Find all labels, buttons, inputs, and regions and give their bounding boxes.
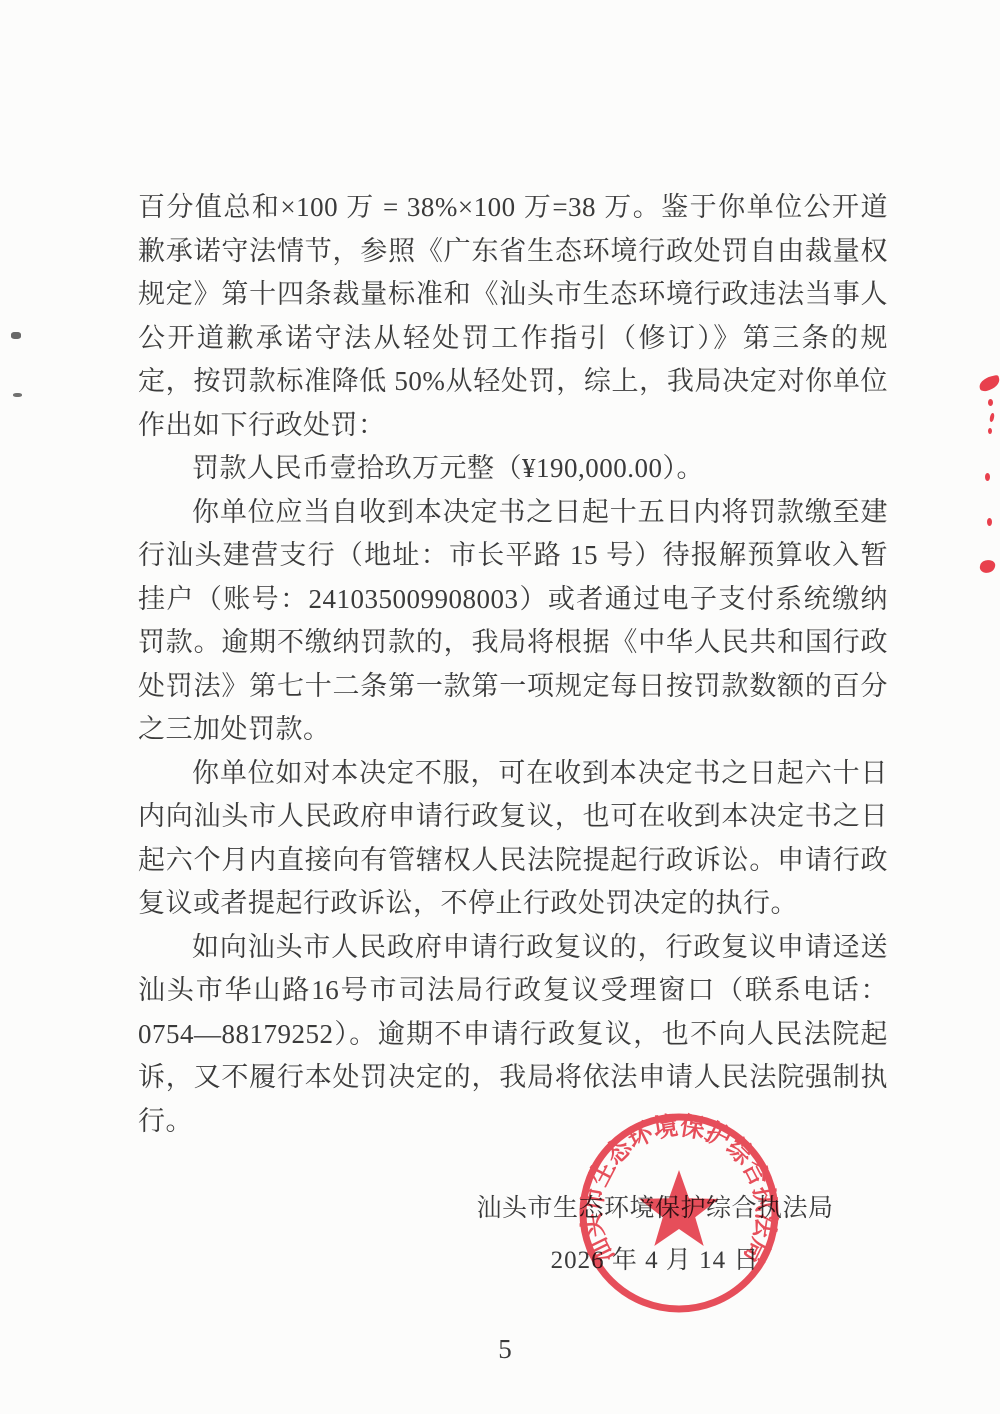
seal-bleed-mark <box>979 559 996 574</box>
seal-bleed-mark <box>988 399 993 406</box>
scan-speck <box>11 332 21 339</box>
issue-date: 2026 年 4 月 14 日 <box>455 1240 855 1276</box>
seal-bleed-mark <box>989 413 995 423</box>
scan-speck <box>13 393 22 397</box>
page-number: 5 <box>460 1334 550 1365</box>
seal-bleed-mark <box>988 428 992 434</box>
scanned-document-page: { "document": { "paragraphs": [ { "text"… <box>0 0 1000 1414</box>
paragraph-fine-amount: 罚款人民币壹拾玖万元整（¥190,000.00）。 <box>138 447 888 491</box>
seal-bleed-mark <box>987 518 992 526</box>
seal-bleed-mark <box>978 375 1000 393</box>
seal-bleed-mark <box>985 473 990 481</box>
paragraph-enforcement-notice: 如向汕头市人民政府申请行政复议的，行政复议申请迳送汕头市华山路16号市司法局行政… <box>138 926 888 1144</box>
paragraph-appeal-rights: 你单位如对本决定不服，可在收到本决定书之日起六十日内向汕头市人民政府申请行政复议… <box>138 752 888 926</box>
paragraph-penalty-calculation: 百分值总和×100 万 = 38%×100 万=38 万。鉴于你单位公开道歉承诺… <box>138 186 888 447</box>
document-body-text: 百分值总和×100 万 = 38%×100 万=38 万。鉴于你单位公开道歉承诺… <box>138 186 888 1143</box>
signature-block: 汕头市生态环境保护综合执法局 2026 年 4 月 14 日 <box>455 1188 855 1276</box>
paragraph-payment-instructions: 你单位应当自收到本决定书之日起十五日内将罚款缴至建行汕头建营支行（地址：市长平路… <box>138 491 888 752</box>
issuing-agency-name: 汕头市生态环境保护综合执法局 <box>455 1188 855 1224</box>
